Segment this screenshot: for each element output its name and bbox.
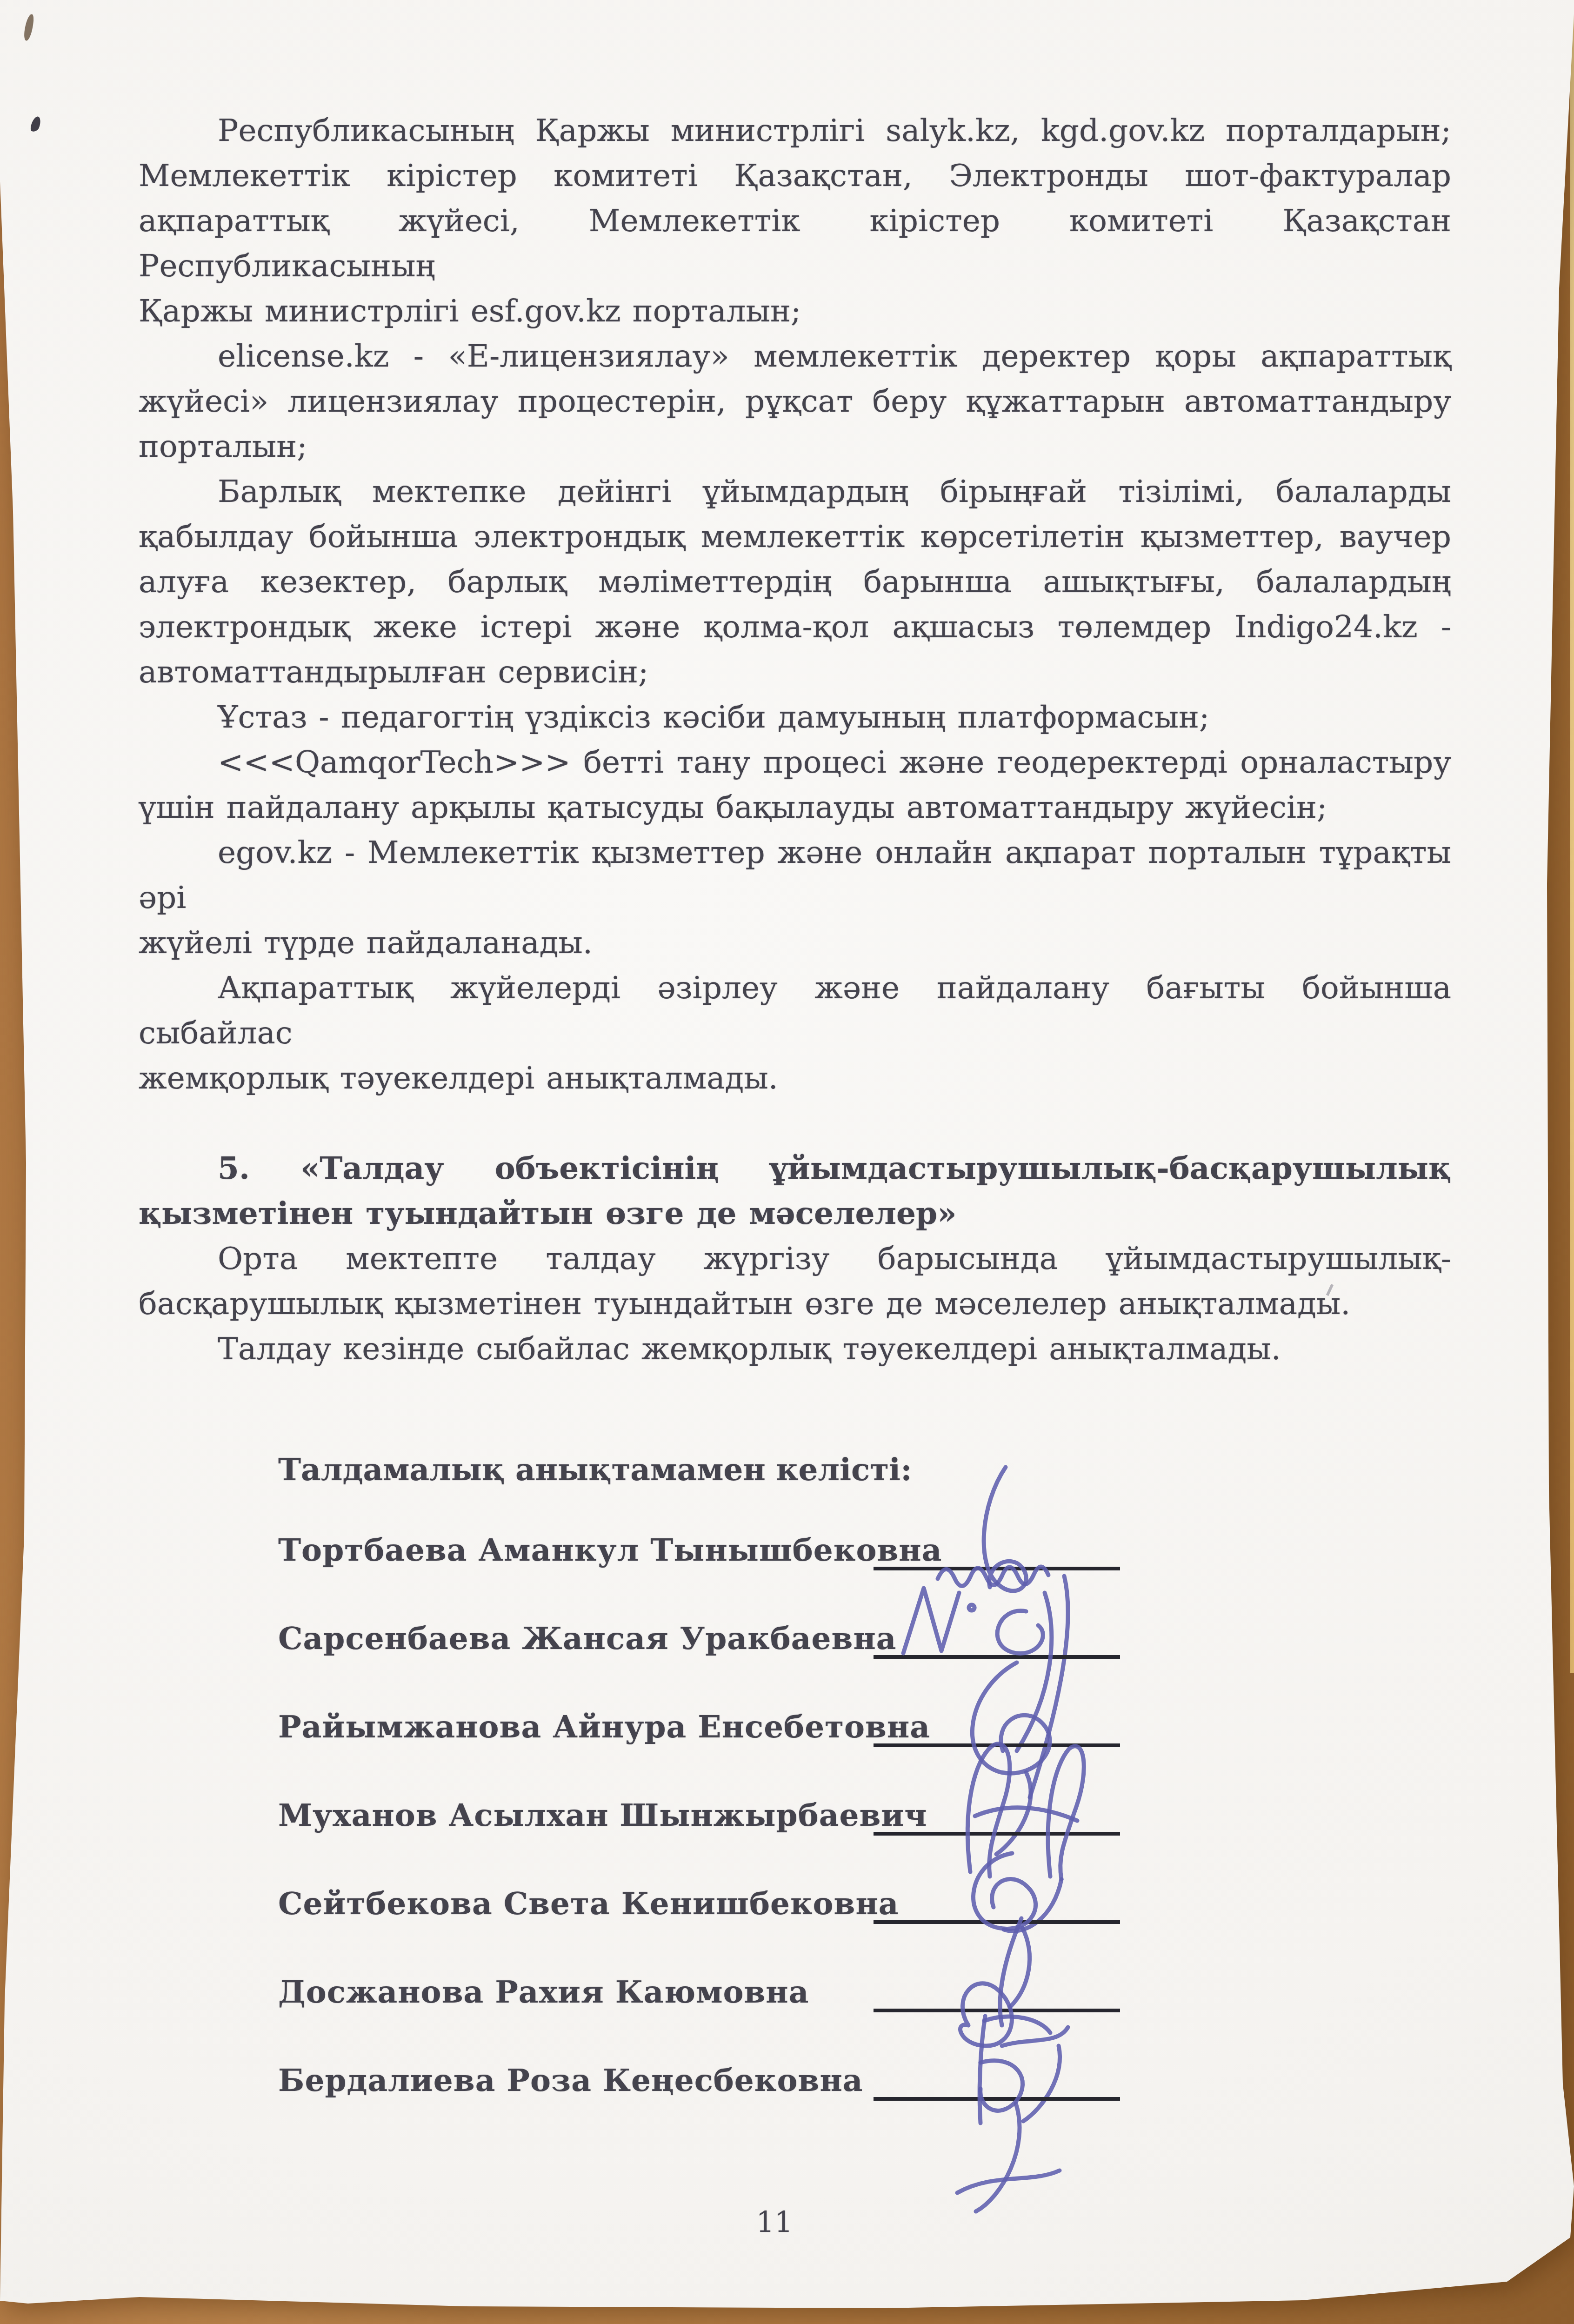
text-line: қызметінен туындайтын өзге де мәселелер»: [139, 1191, 1451, 1236]
paragraph-analysis-result: Талдау кезінде сыбайлас жемқорлық тәуеке…: [139, 1326, 1451, 1371]
signature-ink: [859, 1997, 1147, 2216]
signature-line: [874, 1743, 1120, 1747]
text-line: egov.kz - Мемлекеттік қызметтер және онл…: [139, 830, 1451, 920]
text-line: Республикасының Қаржы министрлігі salyk.…: [139, 108, 1451, 153]
text-line: басқарушылық қызметінен туындайтын өзге …: [139, 1281, 1451, 1326]
signer-name: Райымжанова Айнура Енсебетовна: [278, 1704, 930, 1750]
agreement-title: Талдамалық анықтамамен келісті:: [278, 1447, 1574, 1492]
page-number: 11: [0, 2206, 1549, 2238]
signature-row: Бердалиева Роза Кеңесбековна: [0, 2058, 1574, 2103]
signature-row: Сарсенбаева Жансая Уракбаевна: [0, 1616, 1574, 1661]
text-line: ақпараттық жүйесі, Мемлекеттік кірістер …: [139, 198, 1451, 288]
signature-line: [874, 2009, 1120, 2012]
text-line: порталын;: [139, 424, 1451, 469]
section-5-heading: 5. «Талдау объектісінің ұйымдастырушылық…: [139, 1146, 1451, 1236]
paragraph-indigo: Барлық мектепке дейінгі ұйымдардың бірың…: [139, 469, 1451, 695]
text-line: алуға кезектер, барлық мәліметтердің бар…: [139, 559, 1451, 604]
signature-line: [874, 2097, 1120, 2101]
text-line: 5. «Талдау объектісінің ұйымдастырушылық…: [139, 1146, 1451, 1191]
text-line: Талдау кезінде сыбайлас жемқорлық тәуеке…: [139, 1326, 1451, 1371]
signature-row: Муханов Асылхан Шынжырбаевич: [0, 1793, 1574, 1838]
paragraph-egov: egov.kz - Мемлекеттік қызметтер және онл…: [139, 830, 1451, 965]
text-line: Орта мектепте талдау жүргізу барысында ұ…: [139, 1236, 1451, 1281]
signature-line: [874, 1832, 1120, 1836]
text-line: жемқорлық тәуекелдері анықталмады.: [139, 1055, 1451, 1101]
text-line: Барлық мектепке дейінгі ұйымдардың бірың…: [139, 469, 1451, 514]
signer-name: Сейтбекова Света Кенишбековна: [278, 1881, 899, 1926]
paragraph-it-risks: Ақпараттық жүйелерді әзірлеу және пайдал…: [139, 965, 1451, 1101]
text-line: <<<QamqorTech>>> бетті тану процесі және…: [139, 740, 1451, 785]
paragraph-ustaz: Ұстаз - педагогтің үздіксіз кәсіби дамуы…: [139, 695, 1451, 740]
text-line: Ұстаз - педагогтің үздіксіз кәсіби дамуы…: [139, 695, 1451, 740]
paragraph-elicense: elicense.kz - «Е-лицензиялау» мемлекетті…: [139, 334, 1451, 469]
paper-sheet-wrap: Республикасының Қаржы министрлігі salyk.…: [0, 0, 1574, 2324]
signer-name: Досжанова Рахия Каюмовна: [278, 1970, 809, 2015]
text-line: автоматтандырылған сервисін;: [139, 649, 1451, 695]
text-line: elicense.kz - «Е-лицензиялау» мемлекетті…: [139, 334, 1451, 379]
signature-row: Райымжанова Айнура Енсебетовна: [0, 1704, 1574, 1750]
signer-name: Муханов Асылхан Шынжырбаевич: [278, 1793, 927, 1838]
signature-row: Досжанова Рахия Каюмовна: [0, 1970, 1574, 2015]
text-line: Қаржы министрлігі esf.gov.kz порталын;: [139, 288, 1451, 334]
text-line: жүйелі түрде пайдаланады.: [139, 920, 1451, 965]
text-line: электрондық жеке істері және қолма-қол а…: [139, 604, 1451, 649]
text-line: қабылдау бойынша электрондық мемлекеттік…: [139, 514, 1451, 559]
document-body-text: Республикасының Қаржы министрлігі salyk.…: [0, 0, 1574, 1371]
signer-name: Бердалиева Роза Кеңесбековна: [278, 2058, 863, 2103]
paragraph-portals: Республикасының Қаржы министрлігі salyk.…: [139, 108, 1451, 334]
signer-name: Тортбаева Аманкул Тынышбековна: [278, 1528, 942, 1573]
document-page: Республикасының Қаржы министрлігі salyk.…: [0, 0, 1574, 2324]
text-line: Мемлекеттік кірістер комитеті Қазақстан,…: [139, 153, 1451, 198]
signer-name: Сарсенбаева Жансая Уракбаевна: [278, 1616, 897, 1661]
signature-row: Тортбаева Аманкул Тынышбековна: [0, 1528, 1574, 1573]
text-line: үшін пайдалану арқылы қатысуды бақылауды…: [139, 785, 1451, 830]
paragraph-section5-result: Орта мектепте талдау жүргізу барысында ұ…: [139, 1236, 1451, 1326]
signature-line: [874, 1655, 1120, 1659]
signature-row: Сейтбекова Света Кенишбековна: [0, 1881, 1574, 1926]
photographed-document: { "page": { "number": "11" }, "colors": …: [0, 0, 1574, 2324]
signature-line: [874, 1920, 1120, 1924]
signers-list: Тортбаева Аманкул ТынышбековнаСарсенбаев…: [0, 1528, 1574, 2103]
paragraph-qamqortech: <<<QamqorTech>>> бетті тану процесі және…: [139, 740, 1451, 830]
text-line: Ақпараттық жүйелерді әзірлеу және пайдал…: [139, 965, 1451, 1055]
text-line: жүйесі» лицензиялау процестерін, рұқсат …: [139, 379, 1451, 424]
signature-line: [874, 1567, 1120, 1570]
